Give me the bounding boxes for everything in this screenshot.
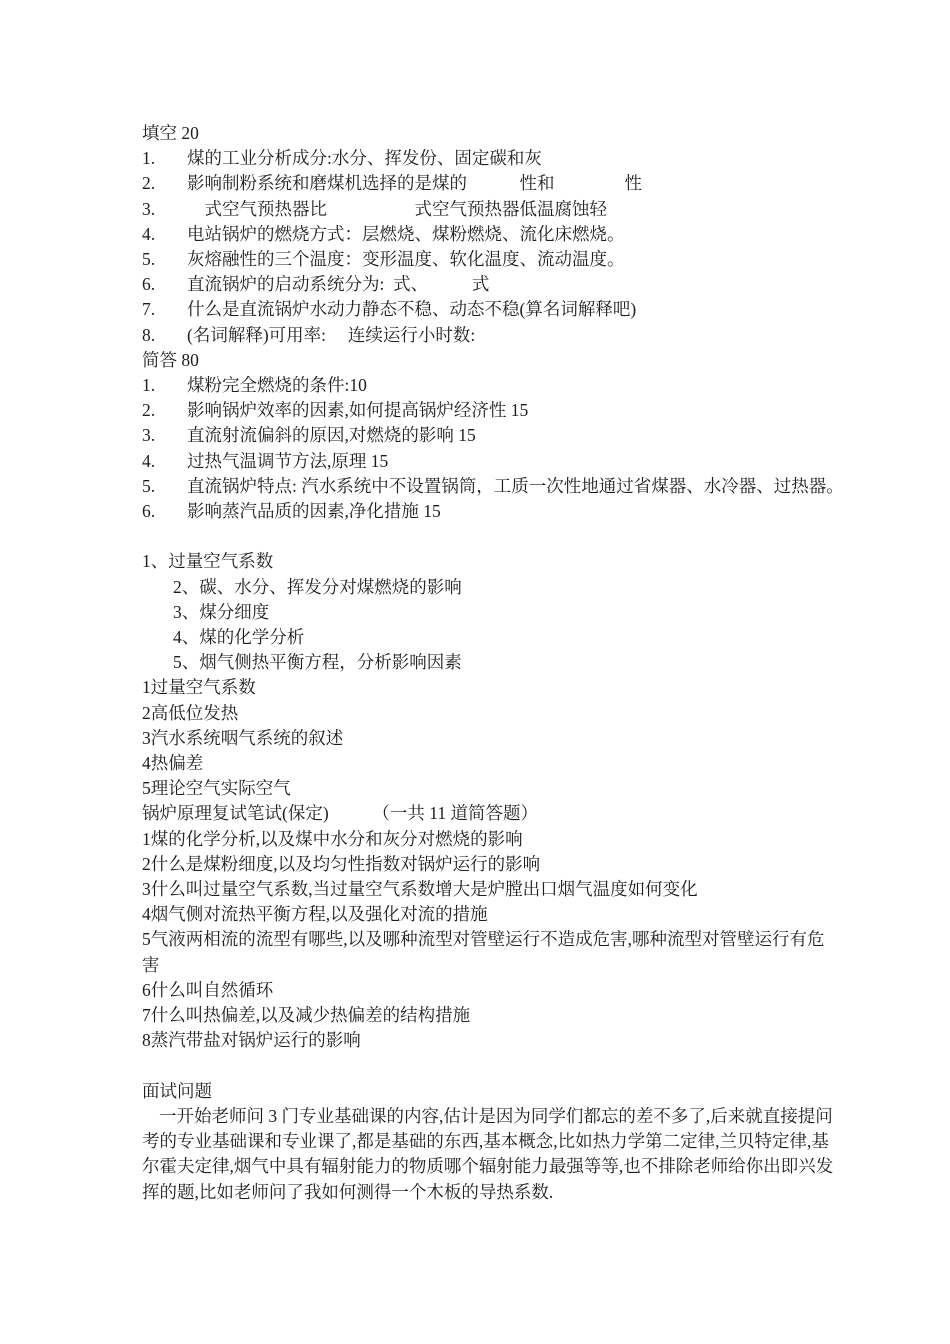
retest-question: 1煤的化学分析,以及煤中水分和灰分对燃烧的影响 bbox=[142, 827, 920, 852]
review-topic-plain: 2高低位发热 bbox=[142, 701, 920, 726]
item-text: 电站锅炉的燃烧方式：层燃烧、煤粉燃烧、流化床燃烧。 bbox=[187, 222, 920, 247]
item-text: 过热气温调节方法,原理 15 bbox=[187, 449, 920, 474]
retest-heading: 锅炉原理复试笔试(保定) （一共 11 道简答题） bbox=[142, 801, 920, 826]
item-text: 影响蒸汽品质的因素,净化措施 15 bbox=[187, 499, 920, 524]
item-number: 8. bbox=[142, 323, 187, 348]
fill-blank-item: 5. 灰熔融性的三个温度：变形温度、软化温度、流动温度。 bbox=[142, 247, 920, 272]
item-number: 4. bbox=[142, 449, 187, 474]
fill-blank-item: 1. 煤的工业分析成分:水分、挥发份、固定碳和灰 bbox=[142, 146, 920, 171]
blank-line bbox=[142, 524, 920, 549]
item-number: 1. bbox=[142, 373, 187, 398]
review-topic-sub: 4、煤的化学分析 bbox=[142, 625, 920, 650]
item-text: 式空气预热器比 式空气预热器低温腐蚀轻 bbox=[187, 197, 920, 222]
short-answer-item: 6. 影响蒸汽品质的因素,净化措施 15 bbox=[142, 499, 920, 524]
item-text: 影响制粉系统和磨煤机选择的是煤的 性和 性 bbox=[187, 171, 920, 196]
interview-paragraph-line: 一开始老师问 3 门专业基础课的内容,估计是因为同学们都忘的差不多了,后来就直接… bbox=[142, 1104, 920, 1129]
item-text: 煤的工业分析成分:水分、挥发份、固定碳和灰 bbox=[187, 146, 920, 171]
review-topic-plain: 1过量空气系数 bbox=[142, 675, 920, 700]
review-topic-sub: 3、煤分细度 bbox=[142, 600, 920, 625]
interview-paragraph-line: 尔霍夫定律,烟气中具有辐射能力的物质哪个辐射能力最强等等,也不排除老师给你出即兴… bbox=[142, 1154, 920, 1179]
item-text: 直流锅炉特点: 汽水系统中不设置锅筒，工质一次性地通过省煤器、水冷器、过热器。 bbox=[187, 474, 920, 499]
fill-blank-item: 4. 电站锅炉的燃烧方式：层燃烧、煤粉燃烧、流化床燃烧。 bbox=[142, 222, 920, 247]
short-answer-item: 2. 影响锅炉效率的因素,如何提高锅炉经济性 15 bbox=[142, 398, 920, 423]
item-text: 直流射流偏斜的原因,对燃烧的影响 15 bbox=[187, 423, 920, 448]
retest-question: 3什么叫过量空气系数,当过量空气系数增大是炉膛出口烟气温度如何变化 bbox=[142, 877, 920, 902]
blank-line bbox=[142, 1054, 920, 1079]
item-number: 2. bbox=[142, 171, 187, 196]
item-number: 6. bbox=[142, 499, 187, 524]
item-number: 5. bbox=[142, 474, 187, 499]
review-topic-sub: 2、碳、水分、挥发分对煤燃烧的影响 bbox=[142, 575, 920, 600]
retest-question: 8蒸汽带盐对锅炉运行的影响 bbox=[142, 1028, 920, 1053]
retest-question: 2什么是煤粉细度,以及均匀性指数对锅炉运行的影响 bbox=[142, 852, 920, 877]
fill-blank-item: 8. (名词解释)可用率: 连续运行小时数: bbox=[142, 323, 920, 348]
review-topic-sub: 5、烟气侧热平衡方程，分析影响因素 bbox=[142, 650, 920, 675]
item-number: 1. bbox=[142, 146, 187, 171]
item-number: 4. bbox=[142, 222, 187, 247]
item-text: 直流锅炉的启动系统分为: 式、 式 bbox=[187, 272, 920, 297]
interview-heading: 面试问题 bbox=[142, 1079, 920, 1104]
short-answer-item: 3. 直流射流偏斜的原因,对燃烧的影响 15 bbox=[142, 423, 920, 448]
short-answer-item: 1. 煤粉完全燃烧的条件:10 bbox=[142, 373, 920, 398]
fill-blank-item: 3. 式空气预热器比 式空气预热器低温腐蚀轻 bbox=[142, 197, 920, 222]
item-text: 影响锅炉效率的因素,如何提高锅炉经济性 15 bbox=[187, 398, 920, 423]
review-topic-lead: 1、过量空气系数 bbox=[142, 549, 920, 574]
interview-paragraph-line: 考的专业基础课和专业课了,都是基础的东西,基本概念,比如热力学第二定律,兰贝特定… bbox=[142, 1129, 920, 1154]
fill-blank-heading: 填空 20 bbox=[142, 121, 920, 146]
short-answer-item: 4. 过热气温调节方法,原理 15 bbox=[142, 449, 920, 474]
fill-blank-item: 7. 什么是直流锅炉水动力静态不稳、动态不稳(算名词解释吧) bbox=[142, 297, 920, 322]
retest-question: 5气液两相流的流型有哪些,以及哪种流型对管壁运行不造成危害,哪种流型对管壁运行有… bbox=[142, 927, 920, 952]
item-text: 煤粉完全燃烧的条件:10 bbox=[187, 373, 920, 398]
retest-question: 4烟气侧对流热平衡方程,以及强化对流的措施 bbox=[142, 902, 920, 927]
fill-blank-item: 2. 影响制粉系统和磨煤机选择的是煤的 性和 性 bbox=[142, 171, 920, 196]
fill-blank-item: 6. 直流锅炉的启动系统分为: 式、 式 bbox=[142, 272, 920, 297]
item-number: 3. bbox=[142, 197, 187, 222]
retest-question: 6什么叫自然循环 bbox=[142, 978, 920, 1003]
retest-question-wrap: 害 bbox=[142, 953, 920, 978]
item-text: 什么是直流锅炉水动力静态不稳、动态不稳(算名词解释吧) bbox=[187, 297, 920, 322]
interview-paragraph-line: 挥的题,比如老师问了我如何测得一个木板的导热系数. bbox=[142, 1180, 920, 1205]
review-topic-plain: 5理论空气实际空气 bbox=[142, 776, 920, 801]
item-text: 灰熔融性的三个温度：变形温度、软化温度、流动温度。 bbox=[187, 247, 920, 272]
review-topic-plain: 4热偏差 bbox=[142, 751, 920, 776]
short-answer-item: 5. 直流锅炉特点: 汽水系统中不设置锅筒，工质一次性地通过省煤器、水冷器、过热… bbox=[142, 474, 920, 499]
item-number: 3. bbox=[142, 423, 187, 448]
short-answer-heading: 简答 80 bbox=[142, 348, 920, 373]
item-number: 2. bbox=[142, 398, 187, 423]
review-topic-plain: 3汽水系统咽气系统的叙述 bbox=[142, 726, 920, 751]
item-number: 6. bbox=[142, 272, 187, 297]
item-number: 5. bbox=[142, 247, 187, 272]
document-page: 填空 20 1. 煤的工业分析成分:水分、挥发份、固定碳和灰 2. 影响制粉系统… bbox=[142, 121, 920, 1205]
retest-question: 7什么叫热偏差,以及减少热偏差的结构措施 bbox=[142, 1003, 920, 1028]
item-text: (名词解释)可用率: 连续运行小时数: bbox=[187, 323, 920, 348]
item-number: 7. bbox=[142, 297, 187, 322]
